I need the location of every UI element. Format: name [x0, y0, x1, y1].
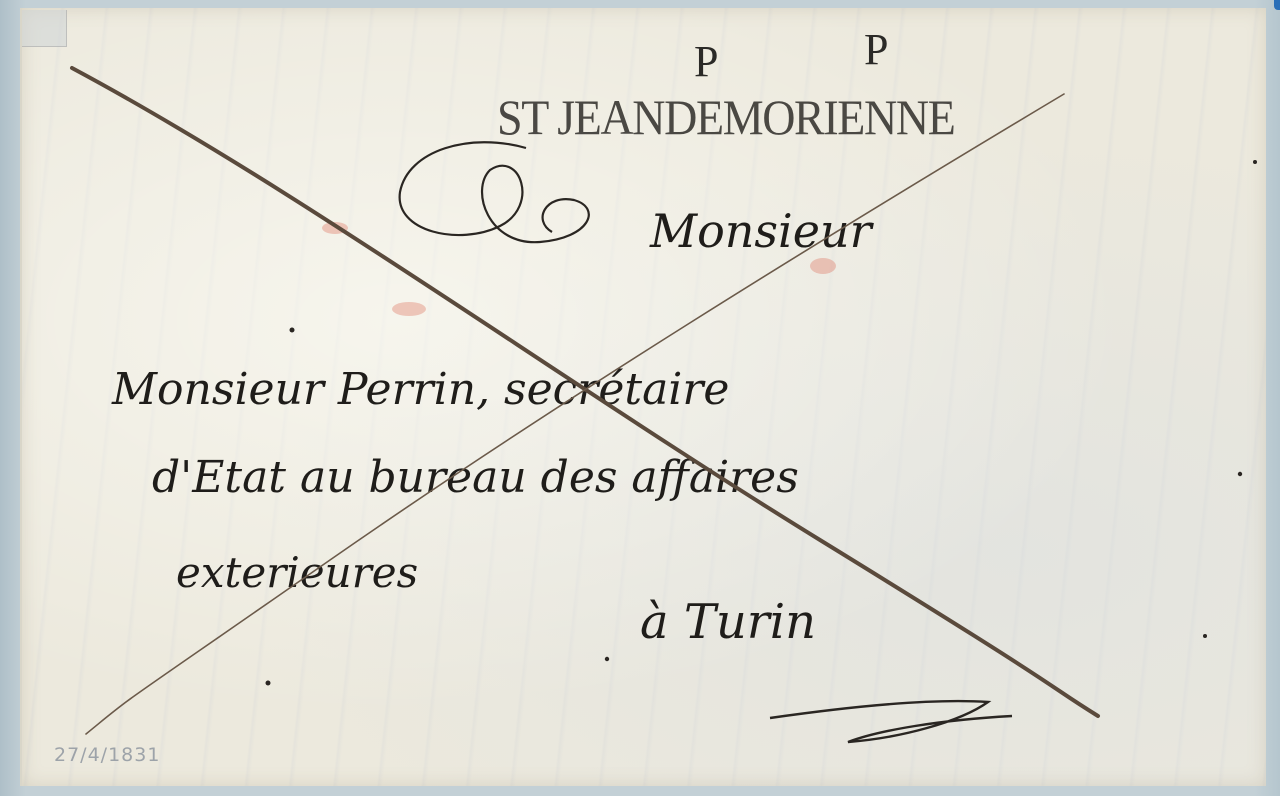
paraph-underline-icon: [770, 701, 1012, 742]
ink-strokes: [0, 0, 1280, 796]
cross-out-icon: [72, 68, 1098, 734]
pencil-date-annotation: 27/4/1831: [54, 744, 160, 766]
ink-specks: [266, 160, 1258, 686]
flourish-initial-icon: [400, 142, 589, 242]
